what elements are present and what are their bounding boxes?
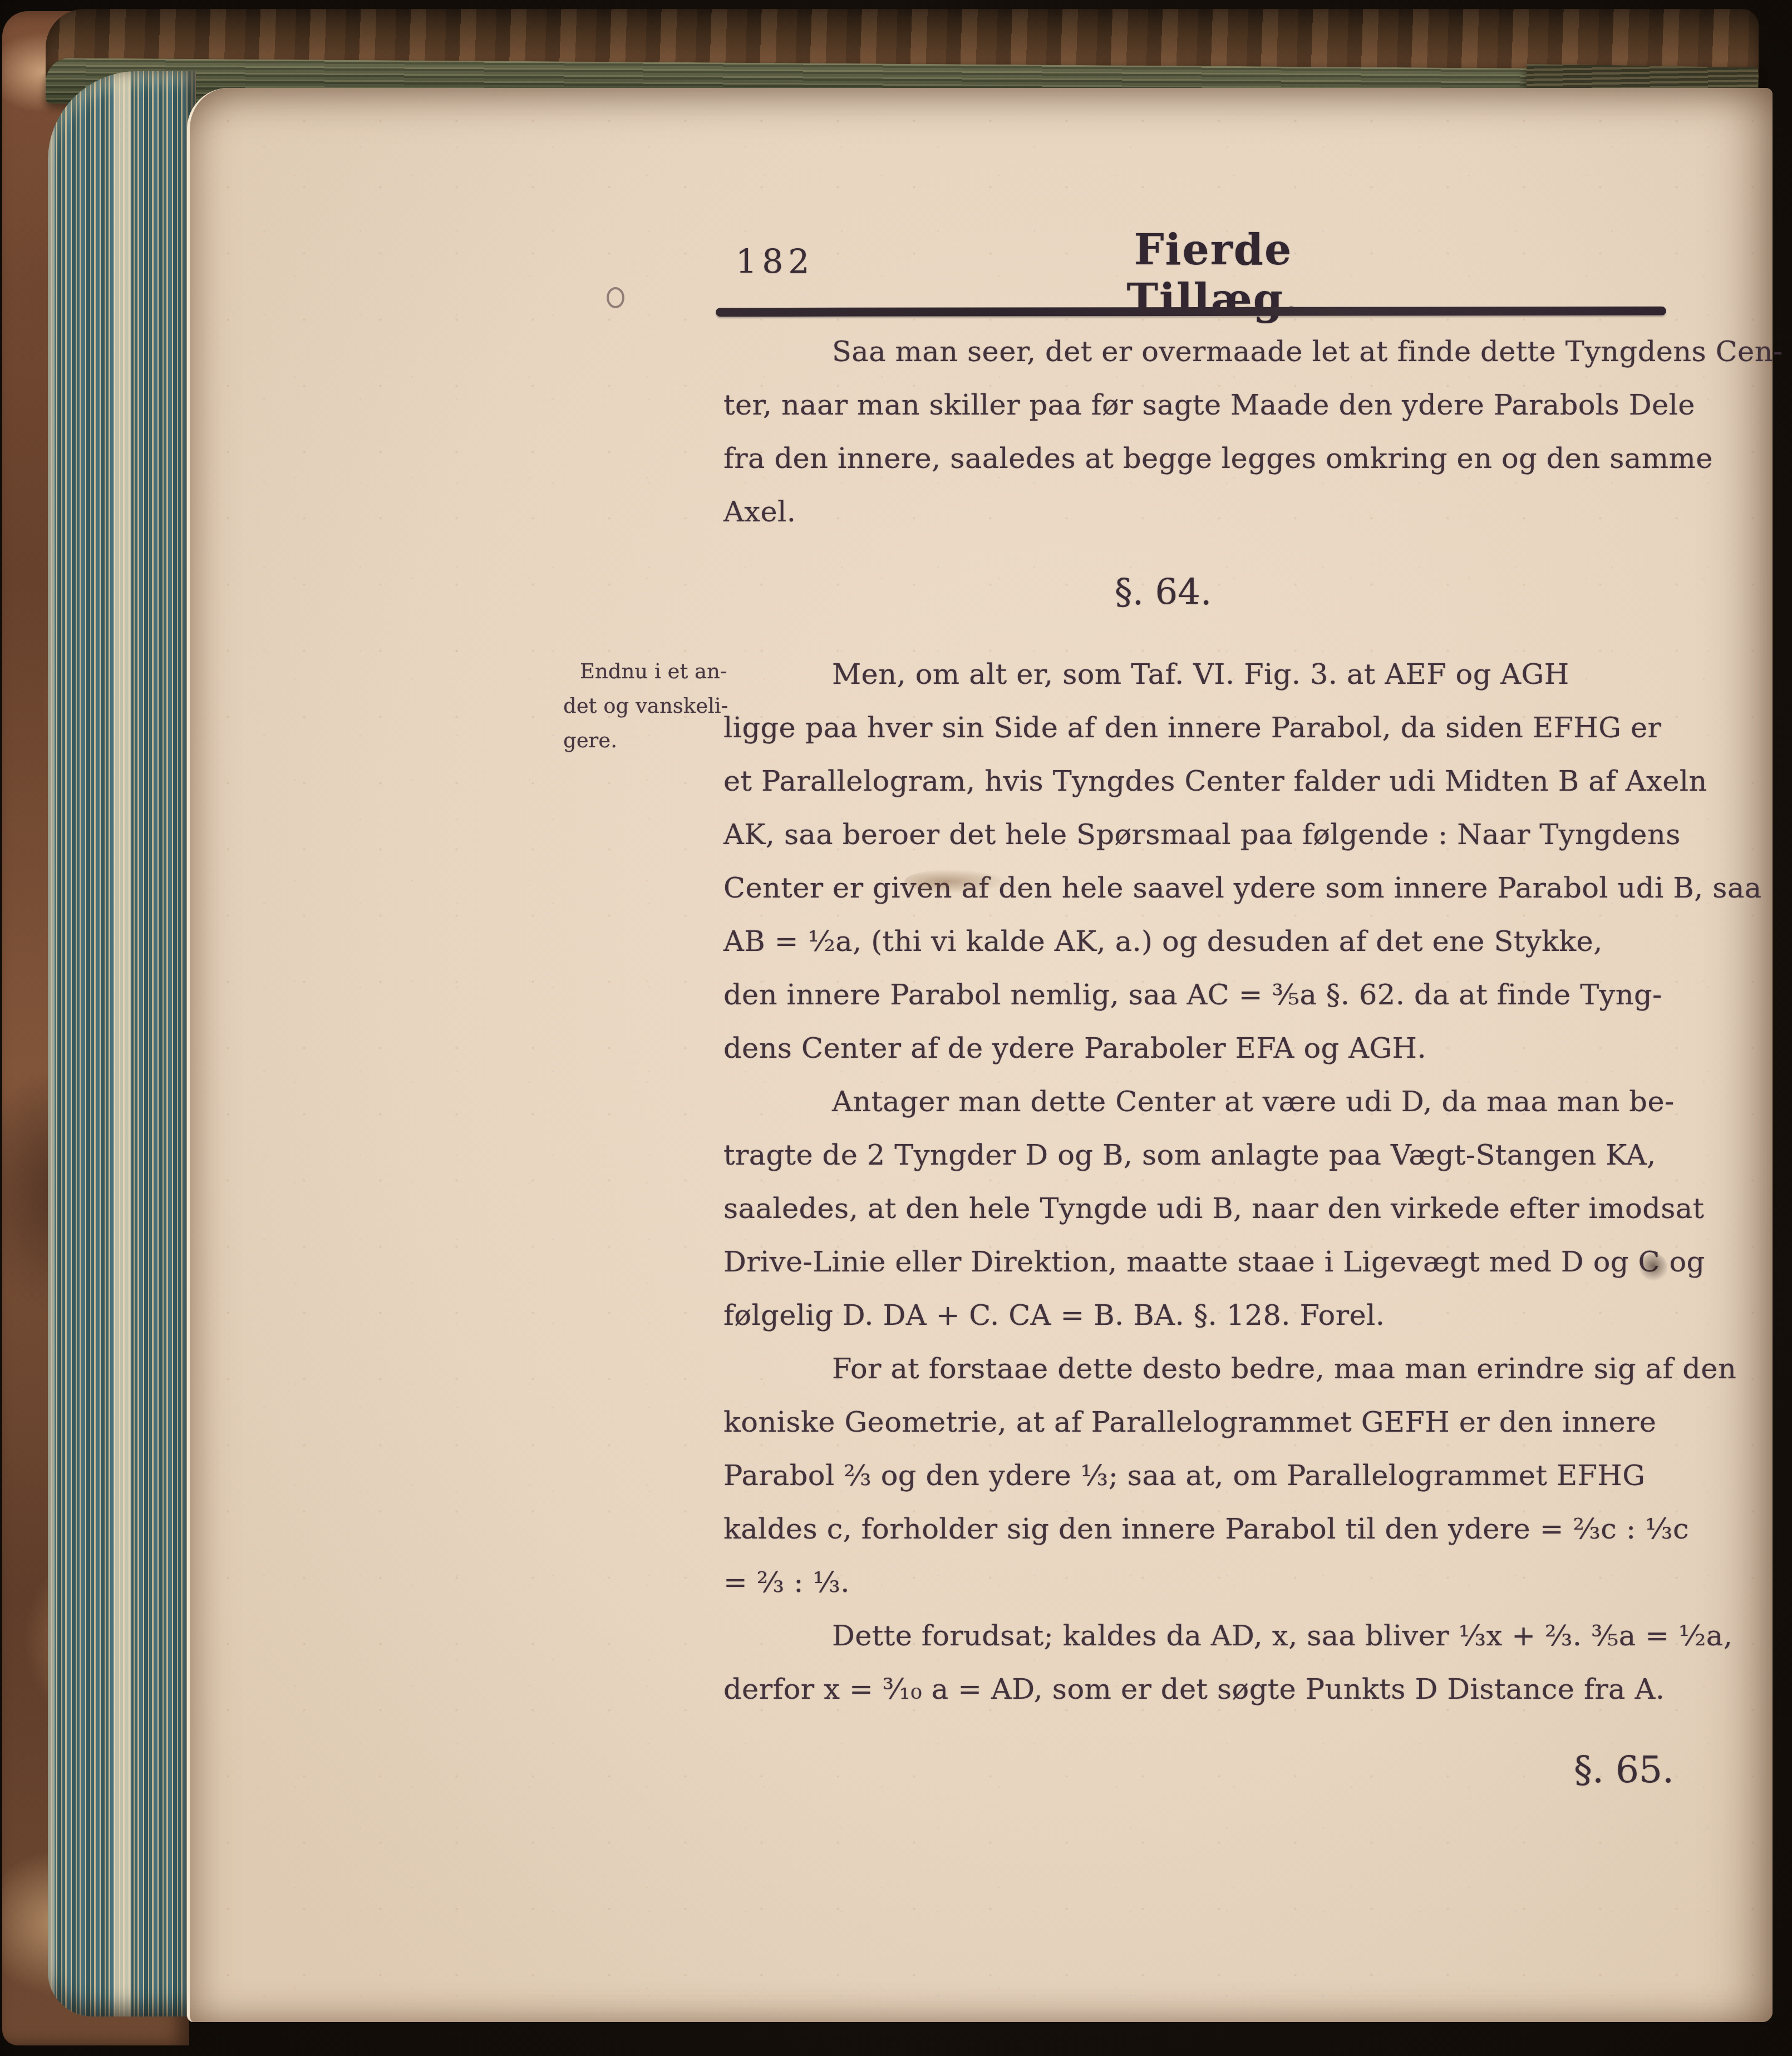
page-number: 182 xyxy=(736,243,815,282)
margin-note-line: det og vanskeli- xyxy=(563,689,747,723)
stray-ink-mark xyxy=(607,287,624,308)
text-line: tragte de 2 Tyngder D og B, som anlagte … xyxy=(723,1129,1675,1182)
ink-smudge-stain xyxy=(904,869,1007,894)
text-line: Parabol ⅔ og den ydere ⅓; saa at, om Par… xyxy=(723,1449,1675,1503)
book-scan-scene: 182 Fierde Tillæg. Endnu i et an- det og… xyxy=(0,0,1792,2056)
text-line: Drive-Linie eller Direktion, maatte staa… xyxy=(723,1236,1675,1289)
text-line: AB = ½a, (thi vi kalde AK, a.) og desude… xyxy=(723,915,1675,969)
text-line: saaledes, at den hele Tyngde udi B, naar… xyxy=(723,1182,1675,1236)
header-rule xyxy=(716,307,1666,317)
text-line: Men, om alt er, som Taf. VI. Fig. 3. at … xyxy=(723,648,1675,702)
text-line: derfor x = ³⁄₁₀ a = AD, som er det søgte… xyxy=(723,1663,1675,1717)
text-line: koniske Geometrie, at af Parallelogramme… xyxy=(723,1396,1675,1449)
margin-note-line: gere. xyxy=(563,723,747,758)
margin-note: Endnu i et an- det og vanskeli- gere. xyxy=(563,654,747,758)
paragraph-1: Saa man seer, det er overmaade let at fi… xyxy=(723,326,1675,539)
text-line: AK, saa beroer det hele Spørsmaal paa fø… xyxy=(723,808,1675,862)
text-line: For at forstaae dette desto bedre, maa m… xyxy=(723,1343,1675,1396)
text-line: den innere Parabol nemlig, saa AC = ⅗a §… xyxy=(723,969,1675,1022)
text-line: = ⅔ : ⅓. xyxy=(723,1556,1675,1610)
margin-note-line: Endnu i et an- xyxy=(563,654,747,689)
text-line: dens Center af de ydere Paraboler EFA og… xyxy=(723,1022,1675,1076)
catchword-next-section: §. 65. xyxy=(1574,1748,1674,1791)
text-line: ter, naar man skiller paa før sagte Maad… xyxy=(723,379,1675,432)
text-line: et Parallelogram, hvis Tyngdes Center fa… xyxy=(723,755,1675,808)
paragraph-3: Antager man dette Center at være udi D, … xyxy=(723,1076,1675,1343)
text-line: kaldes c, forholder sig den innere Parab… xyxy=(723,1503,1675,1556)
text-line: Axel. xyxy=(723,486,1675,539)
paragraph-4: For at forstaae dette desto bedre, maa m… xyxy=(723,1343,1675,1610)
text-line: fra den innere, saaledes at begge legges… xyxy=(723,432,1675,486)
section-heading-64: §. 64. xyxy=(723,572,1603,613)
paragraph-5: Dette forudsat; kaldes da AD, x, saa bli… xyxy=(723,1610,1675,1717)
text-line: følgelig D. DA + C. CA = B. BA. §. 128. … xyxy=(723,1289,1675,1343)
text-line: Antager man dette Center at være udi D, … xyxy=(723,1076,1675,1129)
text-line: Center er given af den hele saavel ydere… xyxy=(723,862,1675,915)
text-line: Dette forudsat; kaldes da AD, x, saa bli… xyxy=(723,1610,1675,1663)
paragraph-2: Men, om alt er, som Taf. VI. Fig. 3. at … xyxy=(723,648,1675,1076)
text-line: Saa man seer, det er overmaade let at fi… xyxy=(723,326,1675,379)
ink-blot-stain xyxy=(1640,1253,1667,1282)
page-fore-edges-stack xyxy=(48,71,196,2016)
text-line: ligge paa hver sin Side af den innere Pa… xyxy=(723,702,1675,755)
